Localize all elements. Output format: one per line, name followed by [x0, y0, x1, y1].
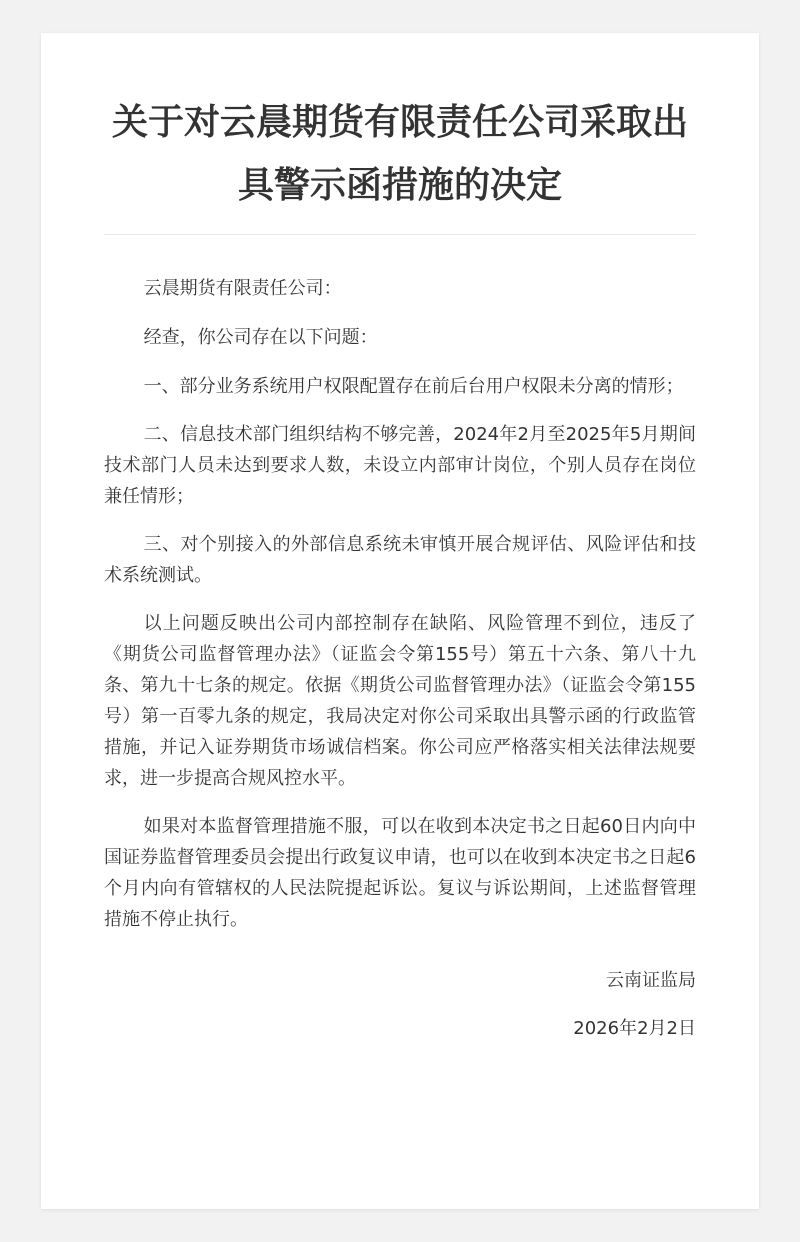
finding-3: 三、对个别接入的外部信息系统未审慎开展合规评估、风险评估和技术系统测试。 — [104, 529, 696, 591]
findings-intro: 经查，你公司存在以下问题： — [104, 322, 696, 353]
document-title: 关于对云晨期货有限责任公司采取出具警示函措施的决定 — [104, 33, 696, 217]
addressee: 云晨期货有限责任公司： — [104, 273, 696, 304]
title-divider — [104, 234, 696, 235]
finding-1: 一、部分业务系统用户权限配置存在前后台用户权限未分离的情形； — [104, 371, 696, 402]
finding-2: 二、信息技术部门组织结构不够完善，2024年2月至2025年5月期间技术部门人员… — [104, 419, 696, 512]
appeal-paragraph: 如果对本监督管理措施不服，可以在收到本决定书之日起60日内向中国证券监督管理委员… — [104, 811, 696, 935]
issuer-signature: 云南证监局 — [104, 965, 696, 996]
decision-paragraph: 以上问题反映出公司内部控制存在缺陷、风险管理不到位，违反了《期货公司监督管理办法… — [104, 608, 696, 794]
issue-date: 2026年2月2日 — [104, 1013, 696, 1044]
document-card: 关于对云晨期货有限责任公司采取出具警示函措施的决定 云晨期货有限责任公司： 经查… — [41, 33, 759, 1209]
document-body: 云晨期货有限责任公司： 经查，你公司存在以下问题： 一、部分业务系统用户权限配置… — [104, 273, 696, 935]
